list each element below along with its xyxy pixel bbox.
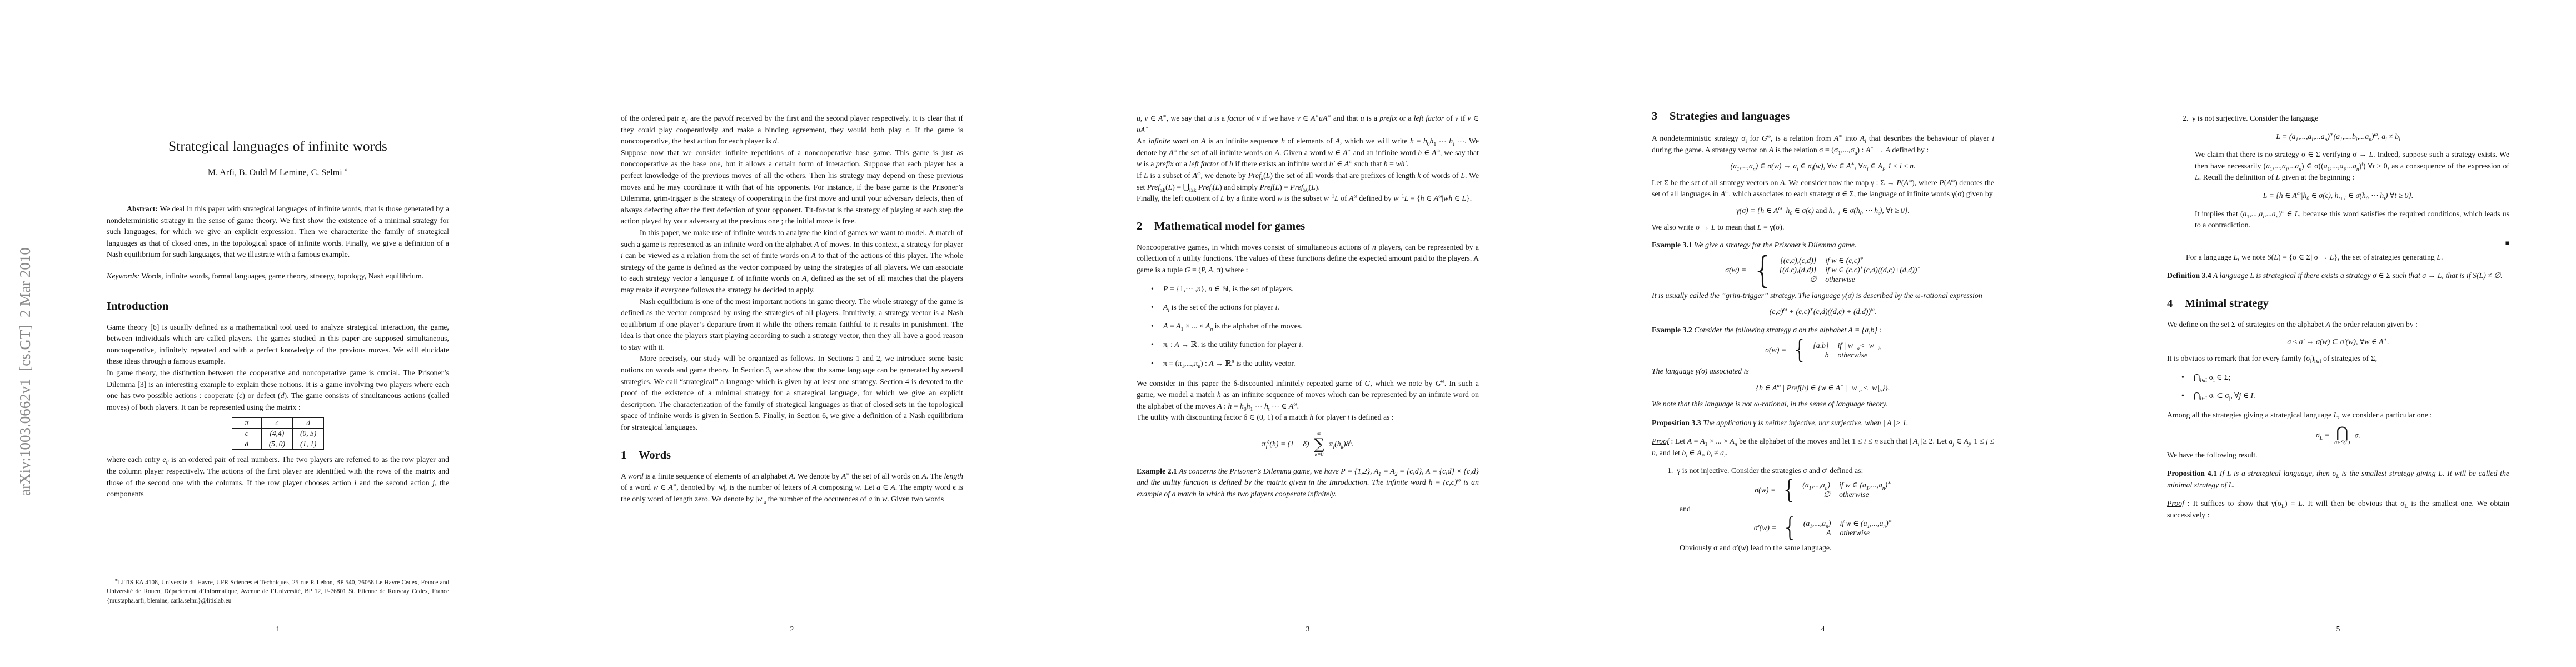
paper-title: Strategical languages of infinite words: [107, 139, 449, 155]
paragraph: It implies that (a1,...,ai,...an)ω ∈ L, …: [2195, 208, 2509, 231]
list-item: ⋂i∈I σi ∈ Σ;: [2167, 372, 2509, 384]
section-heading-minimal-strategy: 4Minimal strategy: [2167, 297, 2509, 310]
matrix-header-row: π c d: [232, 418, 324, 429]
left-brace-icon: {: [1752, 253, 1773, 286]
case-value: ∅: [1780, 275, 1817, 284]
example-2-1: Example 2.1 As concerns the Prisoner’s D…: [1137, 466, 1479, 500]
section-number: 1: [621, 449, 639, 462]
example-3-1: Example 3.1 We give a strategy for the P…: [1652, 240, 1994, 251]
strategy-vector-formula: (a1,...,an) ∈ σ(w) ⇔ ai ∈ σi(w), ∀w ∈ A∗…: [1652, 161, 1994, 172]
order-relation-formula: σ ≤ σ′ ⇔ σ(w) ⊂ σ′(w), ∀w ∈ A∗.: [2167, 336, 2509, 348]
footnote-block: ∗LITIS EA 4108, Université du Havre, UFR…: [107, 574, 449, 605]
proof-item-2: 2. γ is not surjective. Consider the lan…: [2183, 113, 2509, 125]
case-condition: if | w |a<| w |b: [1837, 341, 1880, 350]
bullet-list: P = {1,··· ,n}, n ∈ ℕ, is the set of pla…: [1137, 283, 1479, 370]
paragraph: We note that this language is not ω-rati…: [1652, 399, 1994, 410]
intersection-icon: ⋂: [2336, 426, 2348, 440]
section-title: Words: [639, 449, 671, 461]
section-title: Minimal strategy: [2185, 297, 2269, 310]
matrix-cell: (5, 0): [261, 439, 292, 450]
authors-line: M. Arfi, B. Ould M Lemine, C. Selmi ∗: [107, 168, 449, 178]
paragraph: The language γ(σ) associated is: [1652, 366, 1994, 377]
paragraph: A word is a finite sequence of elements …: [621, 471, 963, 505]
page-number-2: 2: [621, 625, 963, 634]
matrix-row: d (5, 0) (1, 1): [232, 439, 324, 450]
abstract: Abstract: We deal in this paper with str…: [107, 203, 449, 261]
case-value: A: [1803, 529, 1831, 537]
matrix-cell: (1, 1): [293, 439, 324, 450]
paragraph: We claim that there is no strategy σ ∈ Σ…: [2195, 149, 2509, 183]
paragraph: Noncooperative games, in which moves con…: [1137, 242, 1479, 276]
case-condition: if w ∈ (a1,...,an)∗: [1840, 519, 1892, 528]
matrix-cell: c: [232, 429, 261, 439]
minimal-strategy-formula: σL = ⋂ σ∈S(L) σ.: [2167, 426, 2509, 446]
formula-lhs: σL =: [2316, 431, 2330, 439]
left-brace-icon: {: [1781, 479, 1797, 502]
sigma-icon: ∑: [1314, 437, 1324, 452]
bullet-list: ⋂i∈I σi ∈ Σ; ⋂i∈I σi ⊂ σj, ∀j ∈ I.: [2167, 372, 2509, 402]
section-heading-introduction: Introduction: [107, 300, 449, 313]
page-1: Strategical languages of infinite words …: [107, 0, 449, 667]
section-title: Mathematical model for games: [1154, 220, 1305, 232]
matrix-cell: c: [261, 418, 292, 429]
gamma-formula: γ(σ) = {h ∈ Aω| h0 ∈ σ(ϵ) and ht+1 ∈ σ(h…: [1652, 205, 1994, 217]
case-condition: otherwise: [1839, 490, 1891, 499]
arxiv-stamp: arXiv:1003.0662v1 [cs.GT] 2 Mar 2010: [17, 247, 34, 496]
paragraph: The utility with discounting factor δ ∈ …: [1137, 412, 1479, 424]
intersection-operator: ⋂ σ∈S(L): [2334, 426, 2350, 446]
cases-lhs: σ(w) =: [1725, 266, 1746, 275]
paragraph: We define on the set Σ of strategies on …: [2167, 319, 2509, 331]
section-number: 4: [2167, 297, 2185, 310]
section-number: 3: [1652, 110, 1670, 123]
formula-rhs: πi(hk)δk.: [1329, 440, 1354, 448]
case-condition: otherwise: [1837, 351, 1880, 360]
page-3: u, v ∈ A∗, we say that u is a factor of …: [1137, 0, 1479, 667]
paragraph: of the ordered pair eij are the payoff r…: [621, 113, 963, 147]
matrix-cell: d: [293, 418, 324, 429]
sigma-prime-cases-formula: σ′(w) = { (a1,...,an)if w ∈ (a1,...,an)∗…: [1652, 517, 1994, 539]
paragraph: It is obviuos to remark that for every f…: [2167, 353, 2509, 365]
case-condition: otherwise: [1825, 275, 1921, 284]
section-number: 2: [1137, 220, 1154, 233]
list-item: A = A1 × ... × An is the alphabet of the…: [1137, 321, 1479, 332]
example32-cases-formula: σ(w) = { {a,b}if | w |a<| w |b botherwis…: [1652, 339, 1994, 361]
language-L-formula: L = (a1,...,ai,...an)∗(a1,...,bi,...an)ω…: [2167, 131, 2509, 143]
intro-paragraph-2: In game theory, the distinction between …: [107, 367, 449, 413]
page-number-5: 5: [2167, 625, 2509, 634]
proof-3-3: Proof : Let A = A1 × ... × An be the alp…: [1652, 436, 1994, 459]
section-heading-strategies: 3Strategies and languages: [1652, 110, 1994, 123]
case-value: {a,b}: [1813, 341, 1828, 350]
intersection-lower-limit: σ∈S(L): [2334, 440, 2350, 446]
cases-lhs: σ(w) =: [1755, 486, 1776, 495]
case-value: {(c,c),(c,d)}: [1780, 256, 1817, 265]
omega-rational-formula: (c,c)ω + (c,c)∗(c,d)((d,c) + (d,d))ω.: [1652, 306, 1994, 318]
language-formula: {h ∈ Aω | Pref(h) ∈ {w ∈ A∗ | |w|a ≤ |w|…: [1652, 382, 1994, 394]
paragraph: A nondeterministic strategy σi for Gω, i…: [1652, 133, 1994, 156]
list-item: Ai is the set of the actions for player …: [1137, 302, 1479, 313]
page-4: 3Strategies and languages A nondetermini…: [1652, 0, 1994, 667]
case-condition: if w ∈ (c,c)∗(c,d)((d,c)+(d,d))∗: [1825, 266, 1921, 275]
definition-3-4: Definition 3.4 A language L is strategic…: [2167, 270, 2509, 282]
paragraph: More precisely, our study will be organi…: [621, 353, 963, 433]
keywords: Keywords: Words, infinite words, formal …: [107, 271, 449, 282]
utility-formula: πiδ(h) = (1 − δ) ∞ ∑ k=0 πi(hk)δk.: [1137, 431, 1479, 458]
grim-trigger-cases-formula: σ(w) = { {(c,c),(c,d)}if w ∈ (c,c)∗ {(d,…: [1652, 255, 1994, 286]
matrix-cell: d: [232, 439, 261, 450]
section-heading-words: 1Words: [621, 449, 963, 462]
list-item: π = (π1,...,πn) : A → ℝn is the utility …: [1137, 358, 1479, 370]
proposition-3-3: Proposition 3.3 The application γ is nei…: [1652, 417, 1994, 429]
formula-lhs: πiδ(h) = (1 − δ): [1262, 440, 1309, 448]
formula-rhs: σ.: [2355, 431, 2360, 439]
paragraph: An infinite word on A is an infinite seq…: [1137, 136, 1479, 170]
paragraph: Among all the strategies giving a strate…: [2167, 410, 2509, 421]
paragraph: We also write σ → L to mean that L = γ(σ…: [1652, 222, 1994, 233]
paragraph: We consider in this paper the δ-discount…: [1137, 378, 1479, 412]
left-brace-icon: {: [1782, 516, 1798, 540]
intro-paragraph-3: where each entry eij is an ordered pair …: [107, 454, 449, 500]
page-5: 2. γ is not surjective. Consider the lan…: [2167, 0, 2509, 667]
case-value: (a1,...,an): [1802, 481, 1830, 490]
matrix-cell: π: [232, 418, 261, 429]
section-title: Strategies and languages: [1670, 110, 1790, 122]
paper-canvas: arXiv:1003.0662v1 [cs.GT] 2 Mar 2010 Str…: [0, 0, 2576, 667]
paragraph: Nash equilibrium is one of the most impo…: [621, 296, 963, 354]
proposition-4-1: Proposition 4.1 If L is a strategical la…: [2167, 468, 2509, 491]
proof-4-1: Proof : It suffices to show that γ(σL) =…: [2167, 498, 2509, 521]
paragraph: Finally, the left quotient of L by a fin…: [1137, 193, 1479, 205]
list-item: ⋂i∈I σi ⊂ σj, ∀j ∈ I.: [2167, 390, 2509, 402]
paragraph: Let Σ be the set of all strategy vectors…: [1652, 177, 1994, 200]
sum-lower-limit: k=0: [1315, 452, 1323, 458]
paragraph: For a language L, we note S(L) = {σ ∈ Σ|…: [2167, 252, 2509, 263]
payoff-matrix: π c d c (4,4) (0, 5) d (5, 0) (1, 1): [232, 417, 325, 450]
page-number-3: 3: [1137, 625, 1479, 634]
left-brace-icon: {: [1792, 339, 1807, 362]
sigma-cases-formula: σ(w) = { (a1,...,an)if w ∈ (a1,...,an)∗ …: [1652, 479, 1994, 501]
cases-lhs: σ′(w) =: [1754, 524, 1777, 532]
paragraph: u, v ∈ A∗, we say that u is a factor of …: [1137, 113, 1479, 136]
list-item: πi : A → ℝ. is the utility function for …: [1137, 339, 1479, 351]
page-number-4: 4: [1652, 625, 1994, 634]
section-heading-model: 2Mathematical model for games: [1137, 220, 1479, 233]
footnote: ∗LITIS EA 4108, Université du Havre, UFR…: [107, 578, 449, 605]
qed-square-icon: ■: [2167, 239, 2509, 247]
paragraph: Suppose now that we consider infinite re…: [621, 147, 963, 227]
intro-paragraph-1: Game theory [6] is usually defined as a …: [107, 322, 449, 367]
list-item: P = {1,··· ,n}, n ∈ ℕ, is the set of pla…: [1137, 283, 1479, 295]
case-value: b: [1813, 351, 1828, 360]
case-value: (a1,...,an): [1803, 519, 1831, 528]
proof-item-1: 1. γ is not injective. Consider the stra…: [1667, 465, 1994, 477]
footnote-rule: [107, 574, 233, 574]
case-value: {(d,c),(d,d)}: [1780, 266, 1817, 275]
example-3-2: Example 3.2 Consider the following strat…: [1652, 325, 1994, 336]
matrix-row: c (4,4) (0, 5): [232, 429, 324, 439]
matrix-cell: (4,4): [261, 429, 292, 439]
sum-operator: ∞ ∑ k=0: [1314, 431, 1324, 458]
case-value: ∅: [1802, 490, 1830, 499]
paragraph: In this paper, we make use of infinite w…: [621, 227, 963, 296]
and-label: and: [1680, 504, 1994, 515]
paragraph: It is usually called the ”grim-trigger” …: [1652, 290, 1994, 302]
language-L-definition-formula: L = {h ∈ Aω|h0 ∈ σ(ϵ), ht+1 ∈ σ(h0 ⋯ ht)…: [2167, 190, 2509, 202]
case-condition: if w ∈ (a1,...,an)∗: [1839, 481, 1891, 490]
cases-lhs: σ(w) =: [1765, 346, 1786, 355]
case-condition: otherwise: [1840, 529, 1892, 537]
paragraph: Obviously σ and σ′(w) lead to the same l…: [1680, 542, 1994, 554]
paragraph: If L is a subset of Aω, we denote by Pre…: [1137, 170, 1479, 193]
matrix-cell: (0, 5): [293, 429, 324, 439]
page-number-1: 1: [107, 625, 449, 634]
page-2: of the ordered pair eij are the payoff r…: [621, 0, 963, 667]
case-condition: if w ∈ (c,c)∗: [1825, 256, 1921, 265]
paragraph: We have the following result.: [2167, 450, 2509, 461]
